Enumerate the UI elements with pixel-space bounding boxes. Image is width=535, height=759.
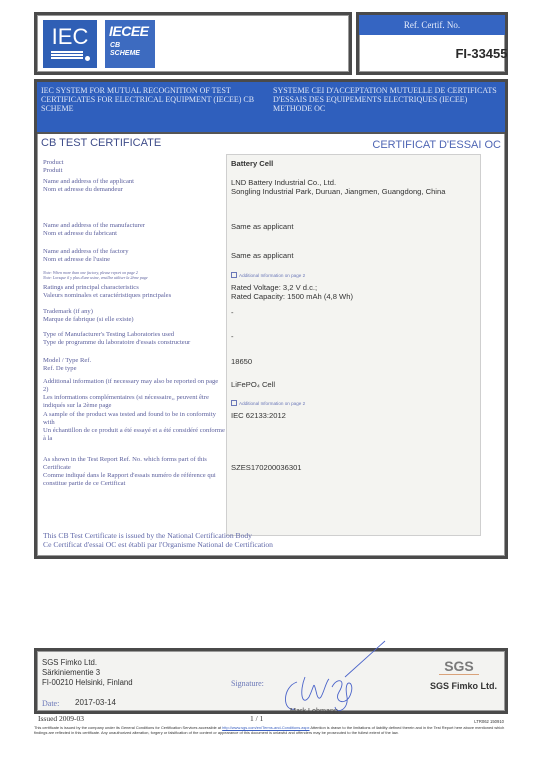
label-en: Name and address of the manufacturer xyxy=(43,222,225,230)
issuer-street: Särkiniementie 3 xyxy=(42,668,133,678)
label-en: Ratings and principal characteristics xyxy=(43,284,225,292)
page-number: 1 / 1 xyxy=(250,716,263,721)
title-fr: CERTIFICAT D'ESSAI OC xyxy=(372,139,501,151)
label-fr: Valeurs nominales et caractéristiques pr… xyxy=(43,292,225,300)
label-fr: Marque de fabrique (si elle existe) xyxy=(43,316,225,324)
label-fr: Les informations complémentaires (si néc… xyxy=(43,394,225,410)
ratings-label: Ratings and principal characteristicsVal… xyxy=(43,284,225,300)
iec-logo-text: IEC xyxy=(52,24,89,49)
banner-text-fr: SYSTEME CEI D'ACCEPTATION MUTUELLE DE CE… xyxy=(273,86,503,113)
iec-logo-dot xyxy=(85,56,90,61)
label-fr: Type de programme du laboratoire d'essai… xyxy=(43,339,225,347)
labs-label: Type of Manufacturer's Testing Laborator… xyxy=(43,331,225,347)
manufacturer-value: Same as applicant xyxy=(231,222,476,231)
iecee-logo-text: IECEE xyxy=(109,23,149,39)
factory-note: Note: When more than one factory, please… xyxy=(43,270,225,280)
label-en: As shown in the Test Report Ref. No. whi… xyxy=(43,456,225,472)
sgs-company-name: SGS Fimko Ltd. xyxy=(430,681,497,691)
applicant-address: Songling Industrial Park, Duruan, Jiangm… xyxy=(231,187,476,196)
note-fr: Note: Lorsque il y plus d'une usine, veu… xyxy=(43,275,225,280)
iecee-cb-scheme-logo: IECEE CB SCHEME xyxy=(105,20,155,68)
header-logo-panel: IEC IECEE CB SCHEME xyxy=(34,12,352,75)
issued-by-fr: Ce Certificat d'essai OC est établi par … xyxy=(43,540,483,549)
issuer-address: SGS Fimko Ltd. Särkiniementie 3 FI-00210… xyxy=(42,658,133,688)
issuer-city: FI-00210 Helsinki, Finland xyxy=(42,678,133,688)
trademark-value: - xyxy=(231,308,476,317)
label-fr: Ref. De type xyxy=(43,365,225,373)
label-fr: Comme indiqué dans le Rapport d'essais n… xyxy=(43,472,225,488)
applicant-label: Name and address of the applicantNom et … xyxy=(43,178,225,194)
additional-value: LiFePO₄ Cell xyxy=(231,380,476,389)
conformity-label: A sample of the product was tested and f… xyxy=(43,411,225,443)
issuer-name: SGS Fimko Ltd. xyxy=(42,658,133,668)
issued-date: Issued 2009-03 xyxy=(38,716,84,721)
report-label: As shown in the Test Report Ref. No. whi… xyxy=(43,456,225,488)
label-fr: Produit xyxy=(43,167,225,175)
certificate-body: IEC SYSTEM FOR MUTUAL RECOGNITION OF TES… xyxy=(34,79,508,559)
conformity-standard: IEC 62133:2012 xyxy=(231,411,476,420)
certificate-titles: CB TEST CERTIFICATE CERTIFICAT D'ESSAI O… xyxy=(37,134,505,150)
sgs-logo: SGS xyxy=(439,658,479,675)
test-report-number: SZES170200036301 xyxy=(231,463,476,472)
label-fr: Nom et adresse du demandeur xyxy=(43,186,225,194)
model-label: Model / Type Ref.Ref. De type xyxy=(43,357,225,373)
cb-text: CB xyxy=(110,42,140,50)
rated-capacity: Rated Capacity: 1500 mAh (4,8 Wh) xyxy=(231,292,476,301)
additional-label: Additional information (if necessary may… xyxy=(43,378,225,410)
checkbox-icon[interactable] xyxy=(231,400,237,406)
issued-by-en: This CB Test Certificate is issued by th… xyxy=(43,531,483,540)
label-fr: Un échantillon de ce produit a été essay… xyxy=(43,427,225,443)
model-value: 18650 xyxy=(231,357,476,366)
disclaimer: This certificate is issued by the compan… xyxy=(34,725,508,735)
labs-value: - xyxy=(231,332,476,341)
signer-name: Mark Lohmann xyxy=(290,706,338,715)
label-en: A sample of the product was tested and f… xyxy=(43,411,225,427)
cb-scheme-text: CB SCHEME xyxy=(110,42,140,58)
label-en: Name and address of the factory xyxy=(43,248,225,256)
iec-logo-bars xyxy=(51,57,83,59)
applicant-value: LND Battery Industrial Co., Ltd.Songling… xyxy=(231,178,476,196)
date-label: Date: xyxy=(42,699,59,708)
applicant-name: LND Battery Industrial Co., Ltd. xyxy=(231,178,476,187)
date-value: 2017-03-14 xyxy=(75,698,116,707)
label-en: Additional information (if necessary may… xyxy=(43,378,225,394)
label-fr: Nom et adresse du fabricant xyxy=(43,230,225,238)
scheme-banner: IEC SYSTEM FOR MUTUAL RECOGNITION OF TES… xyxy=(37,82,505,134)
factory-value: Same as applicant xyxy=(231,251,476,260)
product-label: ProductProduit xyxy=(43,159,225,175)
manufacturer-label: Name and address of the manufacturerNom … xyxy=(43,222,225,238)
banner-text-en: IEC SYSTEM FOR MUTUAL RECOGNITION OF TES… xyxy=(41,86,271,113)
label-en: Product xyxy=(43,159,225,167)
ref-certif-label: Ref. Certif. No. xyxy=(359,15,505,35)
signature-label: Signature: xyxy=(231,679,264,688)
ref-certif-number: FI-33455 xyxy=(359,35,535,72)
additional-info-checkbox-2[interactable]: Additional Information on page 2 xyxy=(231,400,305,406)
handwritten-signature-icon xyxy=(277,637,387,717)
title-en: CB TEST CERTIFICATE xyxy=(41,137,161,149)
checkbox-label: Additional Information on page 2 xyxy=(239,273,305,278)
checkbox-icon[interactable] xyxy=(231,272,237,278)
ratings-value: Rated Voltage: 3,2 V d.c.;Rated Capacity… xyxy=(231,283,476,301)
label-fr: Nom et adresse de l'usine xyxy=(43,256,225,264)
label-en: Type of Manufacturer's Testing Laborator… xyxy=(43,331,225,339)
signature-block: SGS Fimko Ltd. Särkiniementie 3 FI-00210… xyxy=(34,648,508,714)
rated-voltage: Rated Voltage: 3,2 V d.c.; xyxy=(231,283,476,292)
checkbox-label: Additional Information on page 2 xyxy=(239,401,305,406)
iec-logo: IEC xyxy=(43,20,97,68)
label-en: Model / Type Ref. xyxy=(43,357,225,365)
form-code: LTR062 150910 xyxy=(474,719,504,724)
label-en: Trademark (if any) xyxy=(43,308,225,316)
ref-certificate-box: Ref. Certif. No. FI-33455 xyxy=(356,12,508,75)
scheme-text: SCHEME xyxy=(110,50,140,58)
label-en: Name and address of the applicant xyxy=(43,178,225,186)
product-value: Battery Cell xyxy=(231,159,476,168)
values-panel xyxy=(226,154,481,536)
trademark-label: Trademark (if any)Marque de fabrique (si… xyxy=(43,308,225,324)
factory-label: Name and address of the factoryNom et ad… xyxy=(43,248,225,264)
additional-info-checkbox-1[interactable]: Additional Information on page 2 xyxy=(231,272,305,278)
